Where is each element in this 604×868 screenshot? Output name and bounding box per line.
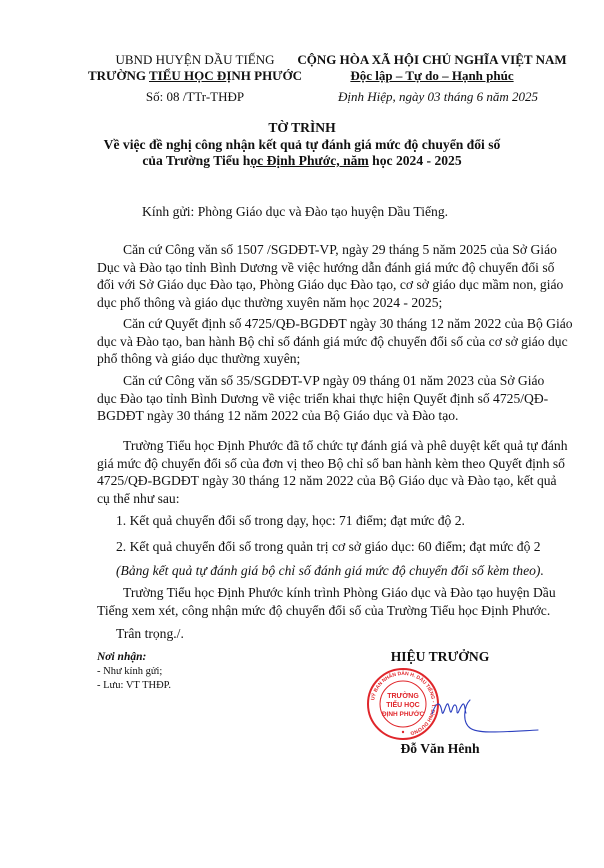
paragraph-1: Căn cứ Công văn số 1507 /SGDĐT-VP, ngày … — [97, 241, 524, 311]
handwritten-signature-icon — [430, 672, 540, 738]
recipient-line: Kính gửi: Phòng Giáo dục và Đào tạo huyệ… — [142, 204, 448, 220]
paragraph-3: Căn cứ Công văn số 35/SGDĐT-VP ngày 09 t… — [97, 372, 524, 425]
svg-text:ĐỊNH PHƯỚC: ĐỊNH PHƯỚC — [382, 709, 425, 718]
national-motto: Độc lập – Tự do – Hạnh phúc — [350, 68, 513, 83]
attachment-note: (Bảng kết quả tự đánh giá bộ chỉ số đánh… — [116, 563, 544, 579]
p3-line: Căn cứ Công văn số 35/SGDĐT-VP ngày 09 t… — [97, 372, 524, 390]
p4-line: giá mức độ chuyển đổi số của đơn vị theo… — [97, 455, 524, 473]
closing: Trân trọng./. — [116, 626, 184, 642]
result-management: 2. Kết quả chuyển đổi số trong quản trị … — [116, 539, 541, 555]
signatory-title: HIỆU TRƯỞNG — [350, 649, 530, 665]
school-name-underlined: TIỂU HỌC Đ — [149, 68, 226, 83]
recipient-item: - Lưu: VT THĐP. — [97, 679, 171, 692]
svg-text:TRƯỜNG: TRƯỜNG — [387, 691, 419, 700]
signatory-name: Đỗ Văn Hênh — [350, 741, 530, 757]
p5-line: Trường Tiểu học Định Phước kính trình Ph… — [97, 584, 524, 602]
subject-line-1: Về việc đề nghị công nhận kết quả tự đán… — [60, 137, 544, 153]
motto-wrap: Độc lập – Tự do – Hạnh phúc — [290, 68, 574, 84]
p3-line: dục Đào tạo tỉnh Bình Dương về việc triể… — [97, 390, 524, 408]
subject-suffix: học 2024 - 2025 — [369, 153, 462, 168]
p2-line: phổ thông và giáo dục thường xuyên; — [97, 350, 524, 368]
document-type: TỜ TRÌNH — [60, 120, 544, 136]
p2-line: Căn cứ Quyết định số 4725/QĐ-BGDĐT ngày … — [97, 315, 524, 333]
paragraph-2: Căn cứ Quyết định số 4725/QĐ-BGDĐT ngày … — [97, 315, 524, 368]
result-teaching-learning: 1. Kết quả chuyển đổi số trong dạy, học:… — [116, 513, 465, 529]
official-seal-icon: UỶ BAN NHÂN DÂN H. DẦU TIẾNG - T. BÌNH D… — [366, 667, 440, 741]
p4-line: cụ thể như sau: — [97, 490, 524, 508]
subject-line-2: của Trường Tiểu học Định Phước, năm học … — [60, 153, 544, 169]
p1-line: Căn cứ Công văn số 1507 /SGDĐT-VP, ngày … — [97, 241, 524, 259]
p1-line: Dục và Đào tạo tỉnh Bình Dương về việc h… — [97, 259, 524, 277]
paragraph-4: Trường Tiểu học Định Phước đã tổ chức tự… — [97, 437, 524, 507]
p5-line: Tiếng xem xét, công nhận mức độ chuyển đ… — [97, 602, 524, 620]
subject-underlined: ọc Định Phước, năm — [250, 153, 368, 168]
p4-line: Trường Tiểu học Định Phước đã tổ chức tự… — [97, 437, 524, 455]
p1-line: đối với Sở Giáo dục Đào tạo, Phòng Giáo … — [97, 276, 524, 294]
school-name-prefix: TRƯỜNG — [88, 68, 149, 83]
issuing-authority: UBND HUYỆN DẦU TIẾNG — [80, 52, 310, 68]
p1-line: dục phổ thông và giáo dục thường xuyên n… — [97, 294, 524, 312]
recipients-heading: Nơi nhận: — [97, 651, 146, 664]
document-number: Số: 08 /TTr-THĐP — [80, 89, 310, 105]
subject-prefix: của Trường Tiểu h — [142, 153, 250, 168]
p3-line: BGDĐT ngày 30 tháng 12 năm 2022 của Bộ G… — [97, 407, 524, 425]
school-name: TRƯỜNG TIỂU HỌC ĐỊNH PHƯỚC — [80, 68, 310, 84]
recipient-item: - Như kính gửi; — [97, 665, 162, 678]
national-title: CỘNG HÒA XÃ HỘI CHỦ NGHĨA VIỆT NAM — [290, 52, 574, 68]
svg-text:TIỂU HỌC: TIỂU HỌC — [386, 700, 419, 709]
p4-line: 4725/QĐ-BGDĐT ngày 30 tháng 12 năm 2022 … — [97, 472, 524, 490]
place-date: Định Hiệp, ngày 03 tháng 6 năm 2025 — [290, 89, 580, 105]
p2-line: dục và Đào tạo, ban hành Bộ chỉ số đánh … — [97, 333, 524, 351]
paragraph-5: Trường Tiểu học Định Phước kính trình Ph… — [97, 584, 524, 619]
